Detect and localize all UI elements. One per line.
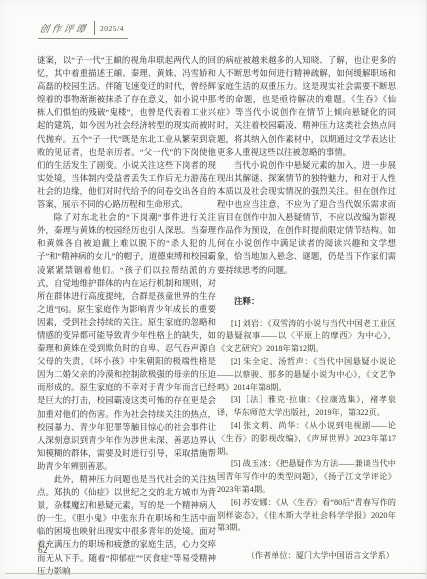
right-text-column: 的病症被越来越多的人知晓、了解，也让更多的人不断思考如何进行精神疏解，如何缓解职… xyxy=(217,54,396,562)
note-item: [6] 苏安娜：《从〈生吞〉看“80后”青春写作的别样姿态》，《佳木斯大学社会科… xyxy=(217,497,396,535)
paragraph: 除了对东北社会的“下岗潮”事件进行关注外，秦理与黄姝的校园经历也引人深思。当秦理… xyxy=(37,211,216,473)
page-header: 创作评谭 2025/4 xyxy=(38,21,128,39)
issue-number: 2025/4 xyxy=(100,24,124,33)
left-text-column: 谜案，以“子一代”王頔的视角串联起两代人的回忆，其中着重描述王頔、秦理、黄姝、冯… xyxy=(37,54,216,578)
note-item: [3]［法］雅克·拉康：《拉康选集》，褚孝泉译，华东师范大学出版社，2019年，… xyxy=(217,394,396,420)
author-affiliation: （作者单位：厦门大学中国语言文学系） xyxy=(217,549,396,562)
note-item: [5] 战玉冰：《把悬疑作为方法——兼谈当代中国青年写作中的类型问题》，《扬子江… xyxy=(217,458,396,496)
journal-title: 创作评谭 xyxy=(39,21,89,35)
note-item: [1] 刘岩：《双雪涛的小说与当代中国老工业区的悬疑叙事——以〈平原上的摩西〉为… xyxy=(217,318,396,356)
header-divider xyxy=(94,21,95,35)
paragraph: 此外，精神压力问题也是当代社会的关注热点。郑执的《仙症》以世纪之交的北方城市为背… xyxy=(37,473,216,578)
paragraph-continuation: 谜案，以“子一代”王頔的视角串联起两代人的回忆，其中着重描述王頔、秦理、黄姝、冯… xyxy=(37,54,216,211)
note-item: [2] 朱全定、汤哲声：《当代中国悬疑小说论——以蔡骏、那多的悬疑小说为中心》，… xyxy=(217,356,396,394)
page-number: 62 xyxy=(38,545,48,555)
journal-page: 创作评谭 2025/4 谜案，以“子一代”王頔的视角串联起两代人的回忆，其中着重… xyxy=(0,0,427,579)
paragraph: 当代小说创作中悬疑元素的加入，进一步展现出其解谜、探案情节的独特魅力，和对于人性… xyxy=(217,159,396,277)
paragraph-continuation: 的病症被越来越多的人知晓、了解，也让更多的人不断思考如何进行精神疏解，如何缓解职… xyxy=(217,54,396,159)
scan-edge-line xyxy=(5,573,426,574)
note-item: [4] 张文莉、尚华：《从小说到电视剧——论〈生吞〉的影视改编》，《声屏世界》2… xyxy=(217,420,396,458)
notes-heading: 注释： xyxy=(217,295,396,308)
